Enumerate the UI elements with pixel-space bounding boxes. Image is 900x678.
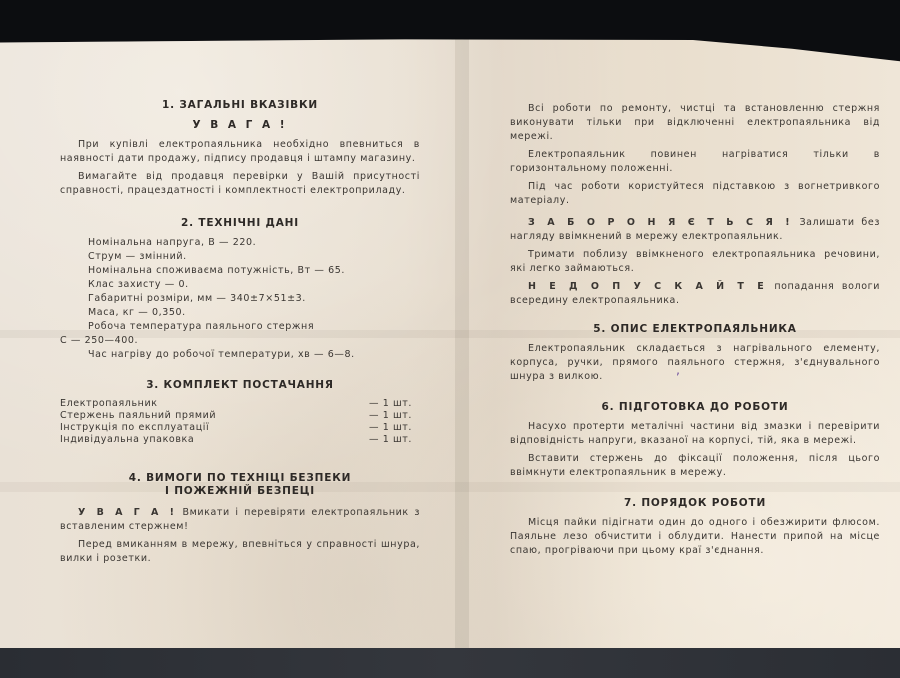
section-1-title: 1. ЗАГАЛЬНІ ВКАЗІВКИ bbox=[60, 98, 420, 112]
safety-paragraph: Електропаяльник повинен нагріватися тіль… bbox=[510, 148, 880, 176]
spec-line: Номінальна споживаєма потужність, Вт — 6… bbox=[88, 264, 420, 278]
forbidden-label: З А Б О Р О Н Я Є Т Ь С Я ! bbox=[528, 217, 793, 228]
section-4-paragraph: Перед вмиканням в мережу, впевніться у с… bbox=[60, 538, 420, 566]
kit-item-name: Електропаяльник bbox=[60, 398, 331, 410]
spec-line: Струм — змінний. bbox=[88, 250, 420, 264]
section-7-title: 7. ПОРЯДОК РОБОТИ bbox=[510, 496, 880, 510]
forbidden-paragraph-2: Тримати поблизу ввімкненого електропаяль… bbox=[510, 248, 880, 276]
paper-crease bbox=[455, 30, 469, 655]
safety-paragraph: Під час роботи користуйтеся підставкою з… bbox=[510, 180, 880, 208]
spec-line: Маса, кг — 0,350. bbox=[88, 306, 420, 320]
section-5-paragraph: Електропаяльник складається з нагрівальн… bbox=[510, 342, 880, 384]
kit-item-qty: — 1 шт. bbox=[331, 398, 420, 410]
right-column: Всі роботи по ремонту, чистці та встанов… bbox=[510, 102, 880, 562]
kit-row: Інструкція по експлуатації— 1 шт. bbox=[60, 422, 420, 434]
left-column: 1. ЗАГАЛЬНІ ВКАЗІВКИ У В А Г А ! При куп… bbox=[60, 88, 420, 570]
delivery-kit-table: Електропаяльник— 1 шт. Стержень паяльний… bbox=[60, 398, 420, 446]
spec-line: С — 250—400. bbox=[60, 334, 420, 348]
attention-heading: У В А Г А ! bbox=[60, 118, 420, 132]
table-surface bbox=[0, 648, 900, 678]
kit-item-qty: — 1 шт. bbox=[331, 434, 420, 446]
kit-row: Електропаяльник— 1 шт. bbox=[60, 398, 420, 410]
kit-item-qty: — 1 шт. bbox=[331, 410, 420, 422]
spec-line: Час нагріву до робочої температури, хв —… bbox=[88, 348, 420, 362]
section-4-title: 4. ВИМОГИ ПО ТЕХНІЦІ БЕЗПЕКИ І ПОЖЕЖНІЙ … bbox=[60, 472, 420, 498]
do-not-label: Н Е Д О П У С К А Й Т Е bbox=[528, 281, 767, 292]
pen-mark: ‚ bbox=[676, 363, 680, 377]
section-1-paragraph: Вимагайте від продавця перевірки у Вашій… bbox=[60, 170, 420, 198]
kit-item-qty: — 1 шт. bbox=[331, 422, 420, 434]
section-6-paragraph: Насухо протерти металічні частини від зм… bbox=[510, 420, 880, 448]
forbidden-paragraph: З А Б О Р О Н Я Є Т Ь С Я ! Залишати без… bbox=[510, 216, 880, 244]
spec-line: Габаритні розміри, мм — 340±7×51±3. bbox=[88, 292, 420, 306]
section-5-title: 5. ОПИС ЕЛЕКТРОПАЯЛЬНИКА bbox=[510, 322, 880, 336]
kit-row: Індивідуальна упаковка— 1 шт. bbox=[60, 434, 420, 446]
kit-item-name: Інструкція по експлуатації bbox=[60, 422, 331, 434]
section-1-paragraph: При купівлі електропаяльника необхідно в… bbox=[60, 138, 420, 166]
section-6-title: 6. ПІДГОТОВКА ДО РОБОТИ bbox=[510, 400, 880, 414]
spec-line: Клас захисту — 0. bbox=[88, 278, 420, 292]
section-4-title-line2: І ПОЖЕЖНІЙ БЕЗПЕЦІ bbox=[60, 485, 420, 498]
section-6-paragraph: Вставити стержень до фіксації положення,… bbox=[510, 452, 880, 480]
section-7-paragraph: Місця пайки підігнати один до одного і о… bbox=[510, 516, 880, 558]
do-not-paragraph: Н Е Д О П У С К А Й Т Е попадання вологи… bbox=[510, 280, 880, 308]
spec-line: Робоча температура паяльного стержня bbox=[88, 320, 420, 334]
instruction-sheet: 1. ЗАГАЛЬНІ ВКАЗІВКИ У В А Г А ! При куп… bbox=[0, 30, 900, 655]
attention-label: У В А Г А ! bbox=[78, 507, 177, 518]
kit-item-name: Індивідуальна упаковка bbox=[60, 434, 331, 446]
section-4-attention: У В А Г А ! Вмикати і перевіряти електро… bbox=[60, 506, 420, 534]
kit-row: Стержень паяльний прямий— 1 шт. bbox=[60, 410, 420, 422]
section-4-title-line1: 4. ВИМОГИ ПО ТЕХНІЦІ БЕЗПЕКИ bbox=[60, 472, 420, 485]
section-3-title: 3. КОМПЛЕКТ ПОСТАЧАННЯ bbox=[60, 378, 420, 392]
safety-paragraph: Всі роботи по ремонту, чистці та встанов… bbox=[510, 102, 880, 144]
technical-specs: Номінальна напруга, В — 220. Струм — змі… bbox=[60, 236, 420, 362]
kit-item-name: Стержень паяльний прямий bbox=[60, 410, 331, 422]
section-2-title: 2. ТЕХНІЧНІ ДАНІ bbox=[60, 216, 420, 230]
spec-line: Номінальна напруга, В — 220. bbox=[88, 236, 420, 250]
